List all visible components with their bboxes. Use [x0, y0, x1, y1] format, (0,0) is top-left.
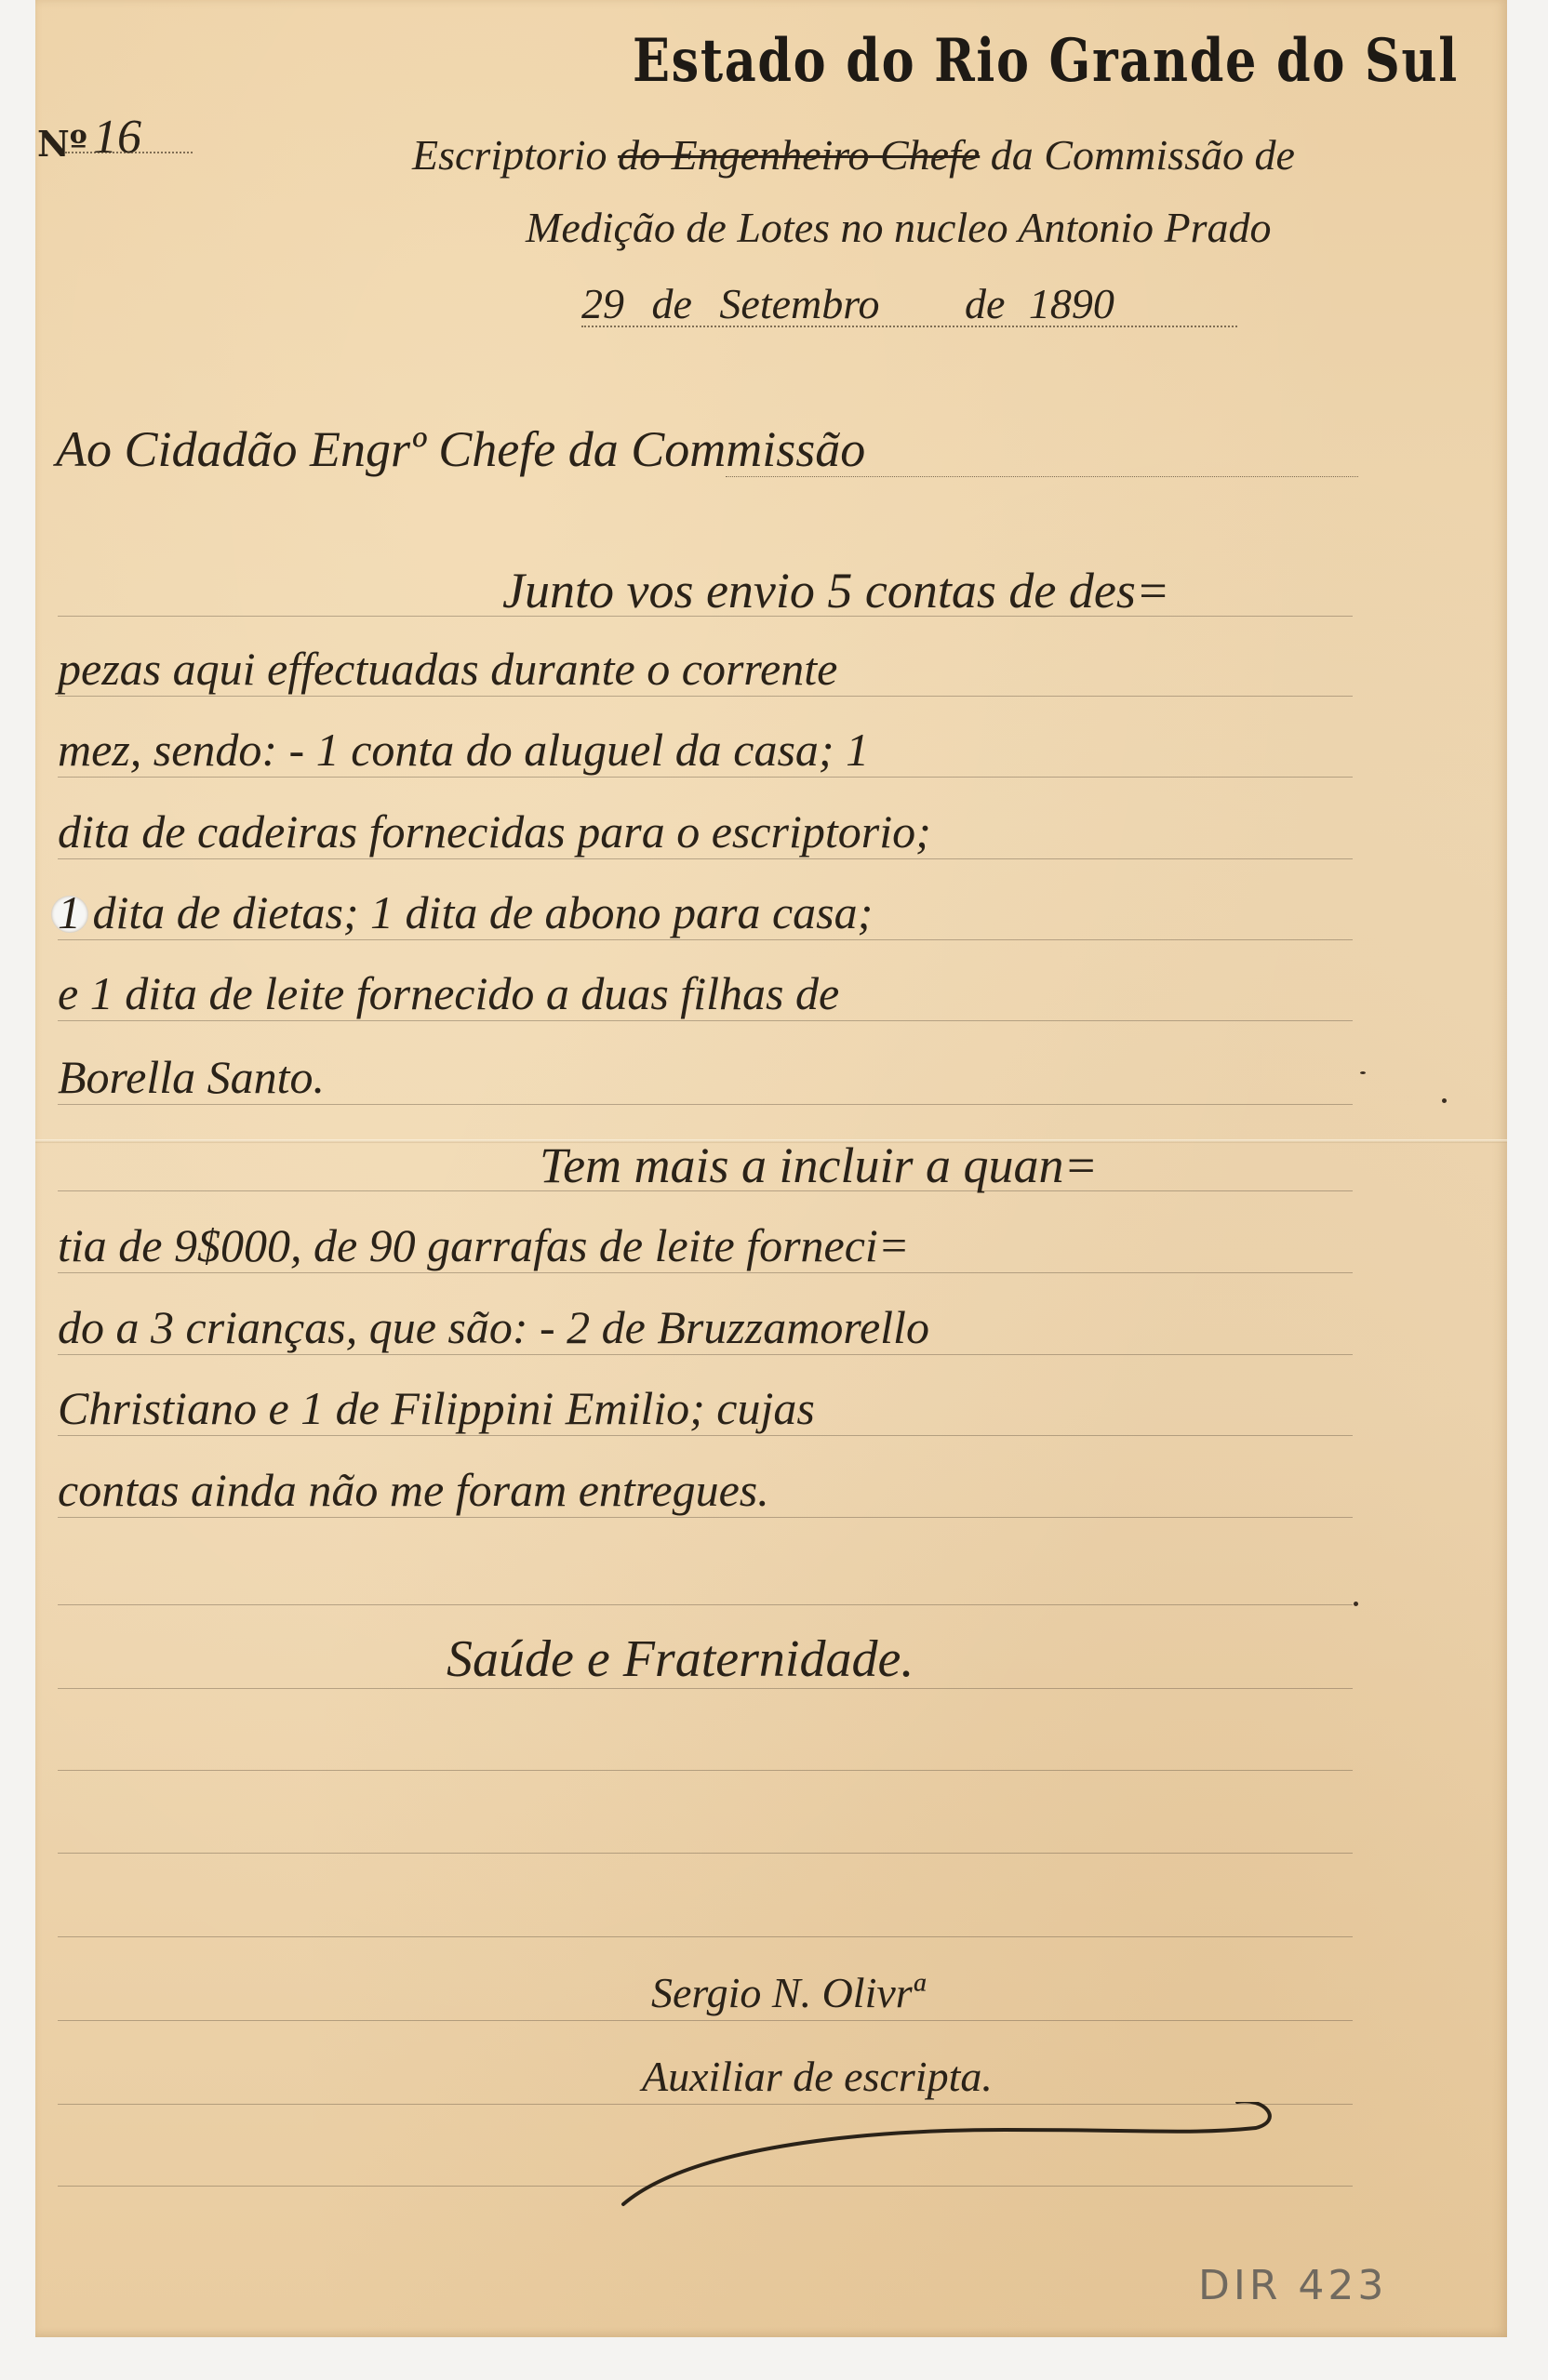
- ink-speck: [86, 1393, 88, 1396]
- body-line: dita de cadeiras fornecidas para o escri…: [58, 804, 931, 858]
- document-number-value: 16: [93, 110, 141, 165]
- body-line: mez, sendo: - 1 conta do aluguel da casa…: [58, 723, 869, 777]
- document-number-label: Nº: [37, 123, 87, 165]
- ruled-line: [58, 1020, 1353, 1021]
- body-line: do a 3 crianças, que são: - 2 de Bruzzam…: [58, 1300, 929, 1354]
- body-line: Tem mais a incluir a quan=: [540, 1137, 1098, 1194]
- office-prefix: Escriptorio: [412, 131, 607, 179]
- ruled-line: [58, 858, 1353, 859]
- ruled-line: [58, 1435, 1353, 1436]
- closing-phrase: Saúde e Fraternidade.: [447, 1629, 914, 1689]
- body-line: Christiano e 1 de Filippini Emilio; cuja…: [58, 1381, 815, 1435]
- date-de: de: [965, 280, 1005, 327]
- ruled-line: [58, 1354, 1353, 1355]
- signature-flourish-icon: [614, 2102, 1358, 2214]
- ruled-line: [58, 1104, 1353, 1105]
- office-line-2: Medição de Lotes no nucleo Antonio Prado: [526, 203, 1271, 252]
- office-struck-text: do Engenheiro Chefe: [618, 131, 980, 179]
- body-line: pezas aqui effectuadas durante o corrent…: [58, 642, 837, 696]
- signature-name: Sergio N. Olivrª: [651, 1968, 924, 2017]
- signature-title: Auxiliar de escripta.: [642, 2052, 993, 2101]
- date-month: Setembro: [719, 280, 879, 327]
- body-line: Borella Santo.: [58, 1050, 325, 1104]
- ruled-line: [58, 1936, 1353, 1937]
- ink-speck: [1360, 1071, 1366, 1074]
- ruled-line: [58, 1517, 1353, 1518]
- date-line: 29 de Setembro de 1890: [581, 279, 1114, 328]
- ruled-line: [58, 1604, 1353, 1605]
- ink-speck: [1354, 1602, 1358, 1606]
- body-line: tia de 9$000, de 90 garrafas de leite fo…: [58, 1218, 910, 1272]
- salutation: Ao Cidadão Engrº Chefe da Commissão: [56, 420, 865, 478]
- number-dotted-line: [65, 152, 193, 153]
- salutation-dotted-line: [726, 476, 1358, 477]
- body-line: Junto vos envio 5 contas de des=: [502, 562, 1169, 619]
- ruled-line: [58, 939, 1353, 940]
- date-day: 29: [581, 280, 624, 327]
- ruled-line: [58, 696, 1353, 697]
- ruled-line: [58, 1770, 1353, 1771]
- ruled-line: [58, 1272, 1353, 1273]
- ruled-line: [58, 2020, 1353, 2021]
- body-line: e 1 dita de leite fornecido a duas filha…: [58, 966, 839, 1020]
- date-dotted-line: [581, 326, 1237, 327]
- office-line-1: Escriptorio do Engenheiro Chefe da Commi…: [412, 130, 1295, 179]
- ruled-line: [58, 777, 1353, 778]
- date-de: de: [652, 280, 692, 327]
- ink-speck: [1442, 1098, 1447, 1103]
- archive-mark: DIR 423: [1198, 2262, 1387, 2309]
- office-suffix: da Commissão de: [991, 131, 1295, 179]
- ruled-line: [58, 1853, 1353, 1854]
- body-line: 1 dita de dietas; 1 dita de abono para c…: [58, 885, 873, 939]
- date-year: 1890: [1029, 280, 1114, 327]
- body-line: contas ainda não me foram entregues.: [58, 1463, 769, 1517]
- letterhead-title: Estado do Rio Grande do Sul: [633, 26, 1459, 96]
